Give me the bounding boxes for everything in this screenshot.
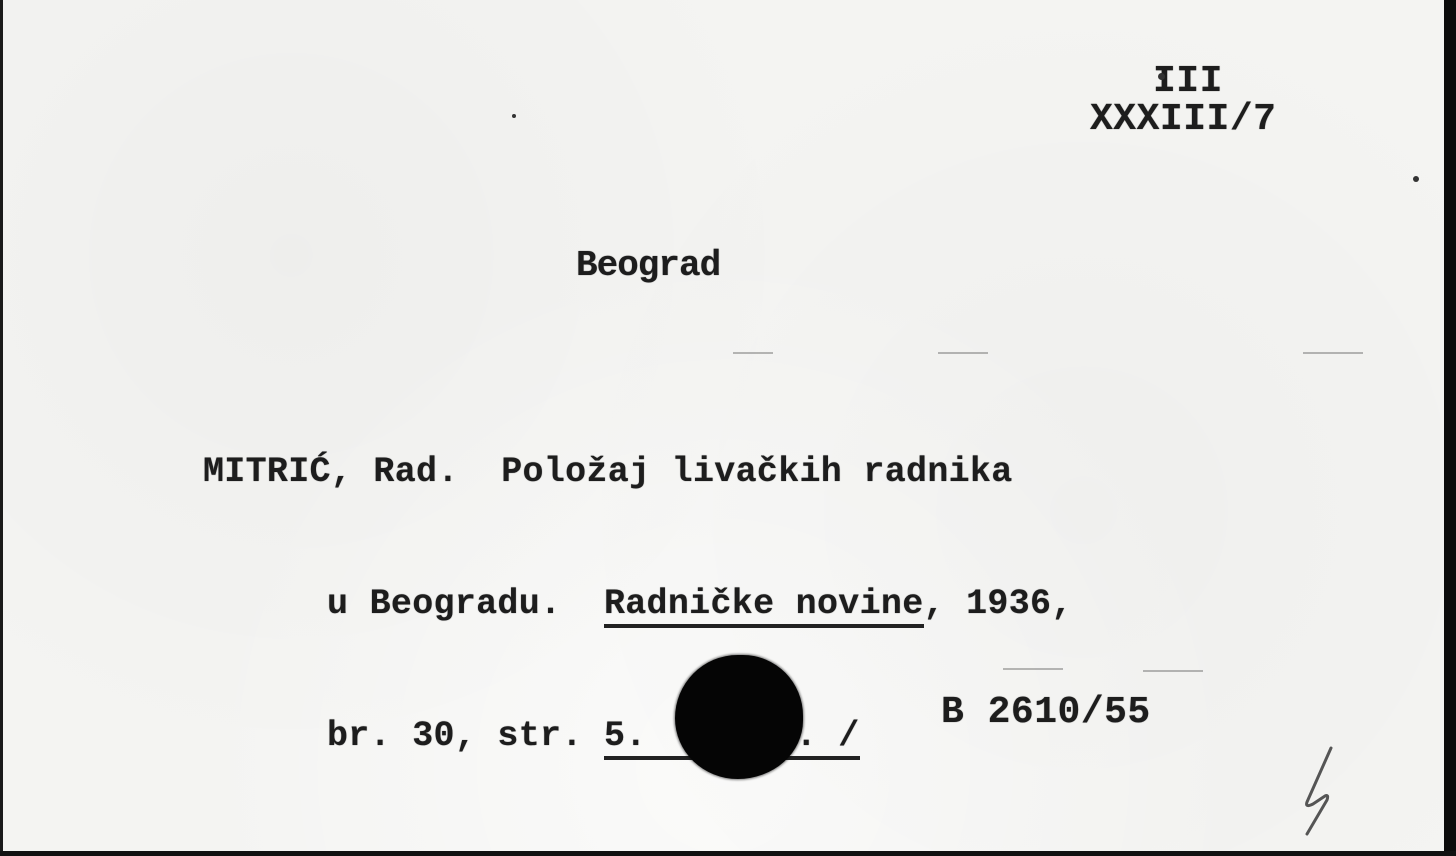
pencil-mark-icon — [1293, 742, 1353, 842]
call-number-line-1: III — [1153, 62, 1223, 102]
paper-speck — [733, 352, 773, 354]
entry-place: u Beogradu. — [327, 584, 604, 624]
ink-dot — [1158, 73, 1165, 80]
bibliographic-entry: MITRIĆ, Rad. Položaj livačkih radnika u … — [203, 362, 1073, 846]
paper-speck — [938, 352, 988, 354]
accession-number: B 2610/55 — [941, 690, 1151, 736]
paper-speck — [1003, 668, 1063, 670]
ink-dot — [512, 114, 516, 118]
paper-speck — [1303, 352, 1363, 354]
subject-heading: Beograd — [576, 243, 720, 289]
entry-line-1: MITRIĆ, Rad. Položaj livačkih radnika — [203, 450, 1073, 494]
punch-hole — [675, 655, 803, 779]
periodical-title: Radničke novine — [604, 584, 924, 628]
entry-issue-page: br. 30, str. — [327, 716, 604, 756]
entry-line-2: u Beogradu. Radničke novine, 1936, — [203, 582, 1073, 626]
card-right-edge — [1444, 0, 1456, 856]
entry-year: , 1936, — [924, 584, 1073, 624]
paper-speck — [1143, 670, 1203, 672]
catalog-card: III XXXIII/7 Beograd MITRIĆ, Rad. Položa… — [3, 0, 1444, 851]
card-bottom-edge — [0, 851, 1456, 856]
call-number-line-2: XXXIII/7 — [1090, 98, 1276, 142]
ink-dot — [1413, 176, 1419, 182]
